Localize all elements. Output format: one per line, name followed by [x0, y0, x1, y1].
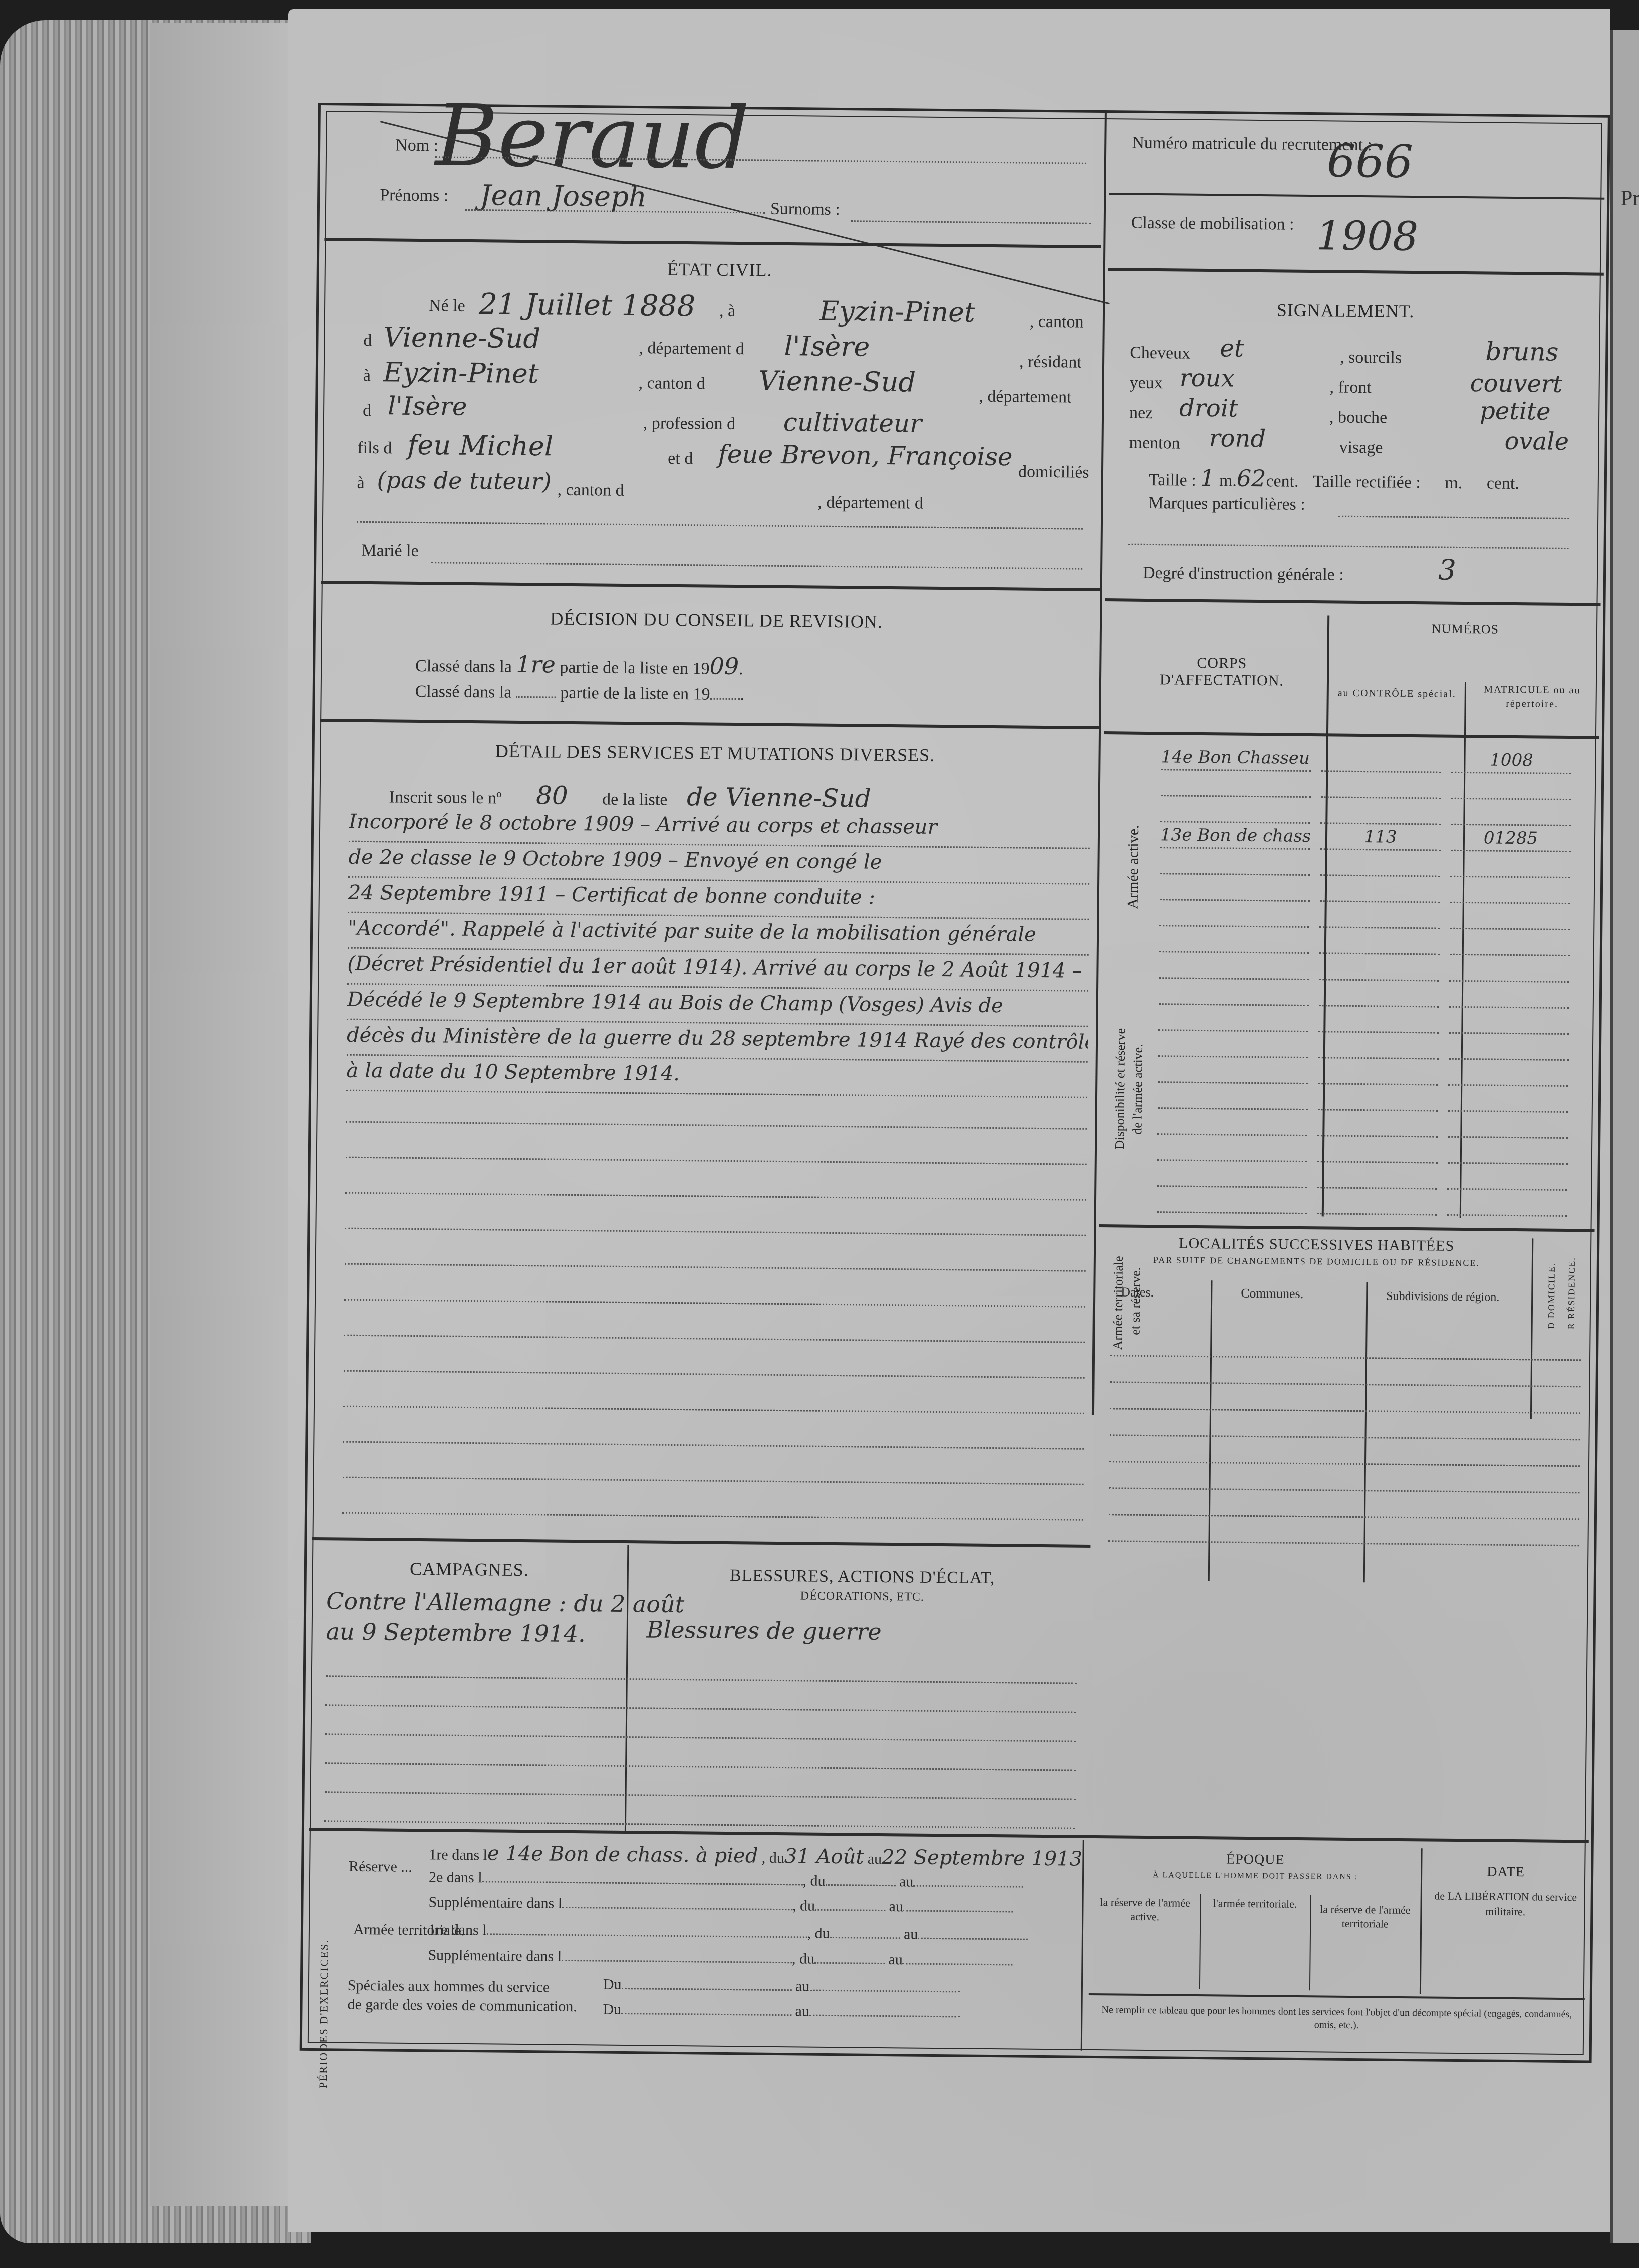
- speciales-du-1: Du au: [603, 1976, 960, 1997]
- numero-controle: [1317, 1165, 1437, 1189]
- du-label: , du: [762, 1850, 784, 1866]
- du-label: , du: [807, 1925, 830, 1942]
- departement-label: , département d: [639, 339, 744, 359]
- corps-row: [1157, 1109, 1595, 1139]
- menton-value: rond: [1209, 424, 1266, 453]
- divider: [1099, 1224, 1595, 1232]
- du-label: , du: [802, 1872, 825, 1889]
- taille-rectifiee-label: Taille rectifiée :: [1313, 472, 1421, 492]
- numero-controle: [1317, 1191, 1437, 1215]
- corps-name: [1157, 1163, 1307, 1188]
- col-subdivisions: Subdivisions de région.: [1386, 1290, 1499, 1305]
- divider: [1105, 598, 1601, 606]
- nez-label: nez: [1129, 404, 1153, 423]
- departement2-value: l'Isère: [388, 391, 467, 421]
- epoque-col-reserve-territoriale: la réserve de l'armée territoriale: [1312, 1902, 1418, 1931]
- localites-rows: [1103, 1330, 1586, 1546]
- visage-label: visage: [1339, 438, 1383, 458]
- residant-label: , résidant: [1019, 352, 1082, 372]
- taille-m-value: 1: [1200, 464, 1215, 491]
- territoriale-periode-label: Armée territoriale.: [353, 1921, 413, 1939]
- residence-prefix: à: [363, 366, 371, 385]
- classe-ligne-2: Classé dans la partie de la liste en 19.: [415, 682, 745, 704]
- numero-controle: 113: [1320, 826, 1441, 851]
- r1-unite: e 14e Bon de chass. à pied: [487, 1842, 758, 1867]
- corps-row: [1159, 926, 1597, 956]
- corps-row: 13e Bon de chasseurs à pied R11301285: [1160, 822, 1598, 852]
- column-divider: [1092, 113, 1107, 1415]
- matricule-label: Numéro matricule du recrutement :: [1132, 133, 1282, 155]
- periode-r2: 2e dans l, du au: [429, 1869, 1024, 1891]
- date-naissance: 21 Juillet 1888: [479, 287, 696, 323]
- front-label: , front: [1329, 378, 1371, 397]
- pere-value: feu Michel: [407, 429, 553, 462]
- corps-row: 14e Bon Chasseurs à pied1008: [1161, 744, 1599, 774]
- nez-value: droit: [1179, 394, 1238, 423]
- marques-line: [1338, 516, 1569, 519]
- numero-matricule: [1450, 854, 1570, 878]
- au-label: au: [888, 1951, 903, 1968]
- prenoms-label: Prénoms :: [380, 186, 448, 205]
- classe-label: Classé dans la: [415, 682, 512, 702]
- marie-line: [431, 562, 1082, 569]
- cheveux-label: Cheveux: [1130, 344, 1190, 363]
- localites-subtitle: PAR SUITE DE CHANGEMENTS DE DOMICILE OU …: [1106, 1254, 1527, 1269]
- liste-value: de Vienne-Sud: [687, 782, 871, 813]
- territoriale-label-2: et sa réserve.: [1128, 1267, 1143, 1335]
- corps-row: [1160, 848, 1598, 878]
- visage-value: ovale: [1504, 427, 1569, 456]
- divider: [1089, 1993, 1585, 2000]
- disponibilite-label-2: de l'armée active.: [1130, 1044, 1146, 1135]
- numero-matricule: [1451, 776, 1571, 800]
- numero-controle: [1320, 878, 1440, 903]
- localite-row: [1108, 1515, 1579, 1546]
- periodes-side-label: PÉRIODES D'EXERCICES.: [317, 1939, 331, 2088]
- localite-row: [1110, 1356, 1581, 1387]
- corps-row: [1160, 874, 1598, 904]
- conseil-revision-title: DÉCISION DU CONSEIL DE REVISION.: [466, 607, 967, 633]
- bouche-value: petite: [1480, 397, 1551, 425]
- canton-label: , canton: [1030, 312, 1084, 332]
- divider: [309, 1828, 1589, 1843]
- r2-label: 2e dans l: [429, 1869, 482, 1886]
- corps-name: [1161, 773, 1311, 798]
- du-label: Du: [603, 2001, 621, 2018]
- corps-row: [1157, 1187, 1595, 1217]
- taille-cm-unit: cent.: [1266, 472, 1298, 491]
- armee-active-label: Armée active.: [1125, 825, 1143, 909]
- numero-controle: [1318, 1035, 1439, 1059]
- corps-name: [1157, 1137, 1307, 1162]
- epoque-title: ÉPOQUE: [1090, 1850, 1421, 1869]
- domicile-prefix: à: [357, 474, 365, 493]
- corps-name: [1159, 903, 1309, 928]
- numero-matricule: [1448, 1114, 1568, 1139]
- localite-row: [1109, 1436, 1580, 1467]
- numero-controle: [1318, 1061, 1438, 1085]
- r1-au: 22 Septembre 1913: [882, 1846, 1082, 1871]
- profession-label: , profession d: [643, 414, 736, 434]
- corps-name: [1160, 799, 1310, 824]
- corps-row: [1158, 1057, 1596, 1087]
- numero-matricule: [1449, 1036, 1569, 1061]
- corps-name: [1159, 955, 1309, 980]
- date-liberation-title: DATE: [1426, 1863, 1586, 1881]
- speciales-label-1: Spéciales aux hommes du service: [348, 1976, 578, 1997]
- du-label: Du: [603, 1976, 622, 1993]
- corps-name: [1158, 1059, 1308, 1084]
- t1-label: 1re dans l: [428, 1921, 487, 1938]
- ne-le-label: Né le: [429, 296, 465, 316]
- col-dates: Dates.: [1121, 1284, 1154, 1300]
- au-label: au: [868, 1851, 882, 1867]
- localite-row: [1110, 1330, 1581, 1361]
- marques-label: Marques particulières :: [1148, 494, 1305, 514]
- col-divider: [1081, 1840, 1084, 2051]
- yeux-label: yeux: [1130, 374, 1163, 393]
- numero-controle: [1318, 1087, 1438, 1111]
- services-text: Incorporé le 8 octobre 1909 – Arrivé au …: [346, 807, 1090, 1098]
- taille-rect-cm-unit: cent.: [1487, 474, 1519, 493]
- divider: [1104, 731, 1599, 739]
- numero-matricule: [1449, 958, 1569, 983]
- surnoms-label: Surnoms :: [770, 200, 840, 219]
- numero-controle: [1318, 1009, 1439, 1033]
- numero-controle: [1320, 852, 1440, 877]
- adjacent-page-text: Pré: [1620, 185, 1639, 211]
- surnoms-line: [851, 220, 1091, 224]
- au-label: au: [899, 1873, 914, 1890]
- date-liberation-sub: de LA LIBÉRATION du service militaire.: [1430, 1888, 1581, 1920]
- taille-m-unit: m.: [1219, 471, 1237, 490]
- classe-value: 1908: [1316, 212, 1418, 260]
- numero-matricule: [1450, 906, 1570, 930]
- col-controle: au CONTRÔLE spécial.: [1332, 686, 1462, 701]
- instruction-value: 3: [1438, 554, 1456, 587]
- classe-ligne-1: Classé dans la 1re partie de la liste en…: [415, 650, 743, 680]
- numero-controle: [1319, 983, 1439, 1007]
- prenoms-value: Jean Joseph: [480, 179, 647, 213]
- taille-cm-value: 62: [1237, 465, 1266, 492]
- sourcils-label: , sourcils: [1340, 348, 1402, 368]
- divider: [1109, 193, 1604, 200]
- inscrit-label: Inscrit sous le nº: [389, 788, 502, 807]
- au-label: au: [795, 2003, 809, 2019]
- numero-matricule: [1450, 880, 1570, 904]
- numero-matricule: [1448, 1140, 1568, 1165]
- cheveux-value: et: [1220, 334, 1244, 362]
- annee-value: 09: [709, 653, 739, 680]
- departement3-label: , département d: [817, 493, 923, 513]
- col-divider: [1420, 1848, 1423, 1994]
- numero-controle: [1319, 930, 1440, 955]
- speciales-du-2: Du au: [603, 2001, 960, 2022]
- speciales-label: Spéciales aux hommes du servicede garde …: [347, 1976, 577, 2016]
- menton-label: menton: [1129, 434, 1180, 453]
- r1-label: 1re dans l: [429, 1846, 487, 1863]
- corps-name: [1160, 877, 1310, 902]
- blessures-subtitle: DÉCORATIONS, ETC.: [647, 1588, 1077, 1605]
- numero-matricule: [1447, 1192, 1567, 1217]
- col-matricule: MATRICULE ou au répertoire.: [1467, 682, 1597, 711]
- corps-name: [1157, 1111, 1307, 1136]
- taille-rect-m-unit: m.: [1445, 474, 1462, 492]
- epoque-col-territoriale: l'armée territoriale.: [1202, 1896, 1307, 1911]
- localite-row: [1110, 1409, 1580, 1440]
- domicilies-label: domiciliés: [1018, 462, 1089, 482]
- localites-title: LOCALITÉS SUCCESSIVES HABITÉES: [1111, 1234, 1522, 1255]
- fils-label: fils d: [357, 439, 392, 458]
- nom-value: Beraud: [435, 86, 749, 188]
- corps-affectation-title: CORPS D'AFFECTATION.: [1142, 654, 1302, 690]
- corps-name: [1157, 1189, 1307, 1214]
- marques-line-2: [1128, 544, 1569, 549]
- departement2-prefix: d: [363, 401, 371, 420]
- classe-label: Classe de mobilisation :: [1131, 213, 1281, 235]
- reserve-label: Réserve ...: [349, 1858, 412, 1876]
- numero-matricule: 01285: [1451, 828, 1571, 852]
- numero-matricule: [1449, 984, 1569, 1009]
- au-label: au: [904, 1926, 918, 1942]
- register-form: Nom : Beraud Prénoms : Jean Joseph Surno…: [300, 103, 1610, 2063]
- corps-name: [1159, 981, 1309, 1006]
- col-communes: Communes.: [1241, 1286, 1303, 1302]
- taille-row: Taille : 1 m.62cent. Taille rectifiée : …: [1149, 464, 1520, 494]
- corps-name: [1159, 929, 1309, 954]
- numero-controle: [1321, 748, 1441, 773]
- blank-line: [357, 521, 1083, 530]
- corps-name: 13e Bon de chasseurs à pied R: [1160, 825, 1310, 850]
- corps-row: [1158, 1031, 1596, 1061]
- periode-ts: Supplémentaire dans l, du au: [428, 1947, 1013, 1969]
- localite-row: [1109, 1462, 1579, 1493]
- canton2-label: , canton d: [638, 374, 705, 393]
- epoque-note: Ne remplir ce tableau que pour les homme…: [1094, 2003, 1579, 2034]
- numero-matricule: [1449, 1010, 1569, 1035]
- periode-t1: 1re dans l, du au: [428, 1921, 1028, 1944]
- numero-matricule: [1451, 802, 1571, 826]
- liste-label: de la liste: [602, 790, 668, 809]
- du-label: , du: [792, 1950, 814, 1967]
- numero-matricule: 1008: [1451, 750, 1571, 774]
- canton-value: Vienne-Sud: [383, 321, 540, 354]
- corps-row: [1159, 952, 1597, 983]
- etat-civil-title: ÉTAT CIVIL.: [570, 258, 870, 282]
- partie-label: partie de la liste en 19: [560, 658, 710, 678]
- corps-row: [1158, 1083, 1596, 1113]
- blessures-title: BLESSURES, ACTIONS D'ÉCLAT,: [647, 1565, 1078, 1588]
- numero-controle: [1317, 1113, 1438, 1137]
- corps-name: [1160, 851, 1310, 876]
- marie-label: Marié le: [361, 541, 419, 561]
- numero-matricule: [1447, 1166, 1567, 1191]
- au-label: au: [795, 1978, 810, 1994]
- canton2-value: Vienne-Sud: [758, 365, 916, 398]
- blank-line: [342, 1478, 1084, 1521]
- partie-label: partie de la liste en 19: [560, 684, 710, 704]
- corps-name: [1158, 1085, 1308, 1110]
- services-blank-lines: [342, 1087, 1087, 1521]
- departement-value: l'Isère: [784, 330, 870, 363]
- numero-matricule: [1450, 932, 1570, 956]
- periode-r1: 1re dans le 14e Bon de chass. à pied , d…: [429, 1841, 1082, 1871]
- classe-label: Classé dans la: [415, 657, 512, 676]
- disponibilite-label: Disponibilité et réserve: [1112, 1028, 1128, 1150]
- corps-row: [1159, 900, 1597, 930]
- numeros-title: NUMÉROS: [1332, 620, 1598, 638]
- bouche-label: , bouche: [1329, 408, 1388, 427]
- periode-rs: Supplémentaire dans l, du au: [428, 1894, 1013, 1916]
- rs-label: Supplémentaire dans l: [428, 1894, 562, 1912]
- divider: [320, 719, 1099, 729]
- numero-controle: [1320, 800, 1441, 825]
- corps-row: [1158, 1005, 1596, 1035]
- numero-controle: [1319, 956, 1439, 981]
- a-label: , à: [719, 302, 735, 321]
- residence-value: Eyzin-Pinet: [383, 356, 539, 389]
- services-title: DÉTAIL DES SERVICES ET MUTATIONS DIVERSE…: [439, 740, 990, 766]
- col-divider: [1309, 1895, 1311, 1990]
- canton3-label: , canton d: [557, 481, 624, 500]
- profession-value: cultivateur: [783, 408, 922, 438]
- r1-du: 31 Août: [784, 1845, 864, 1869]
- numero-controle: [1321, 774, 1441, 799]
- du-label: , du: [792, 1897, 815, 1914]
- numero-matricule: [1448, 1062, 1568, 1087]
- sourcils-value: bruns: [1485, 337, 1559, 366]
- departement2-label: , département: [979, 387, 1071, 407]
- canton-prefix: d: [363, 331, 372, 350]
- numero-controle: [1319, 904, 1440, 929]
- au-label: au: [889, 1898, 903, 1915]
- corps-row: [1159, 979, 1597, 1009]
- corps-row: [1160, 796, 1598, 826]
- page-stack: [150, 23, 301, 2206]
- divider: [312, 1537, 1090, 1548]
- speciales-label-2: de garde des voies de communication.: [347, 1995, 577, 2016]
- numero-controle: [1317, 1139, 1438, 1163]
- localite-row: [1110, 1383, 1580, 1414]
- numero-matricule: [1448, 1088, 1568, 1113]
- taille-label: Taille :: [1149, 471, 1196, 490]
- signalement-title: SIGNALEMENT.: [1220, 299, 1471, 322]
- campagnes-text: Contre l'Allemagne : du 2 août: [326, 1587, 684, 1618]
- epoque-col-reserve-active: la réserve de l'armée active.: [1092, 1895, 1198, 1924]
- mere-value: feue Brevon, Françoise: [718, 440, 1013, 472]
- divider: [324, 238, 1101, 248]
- corps-row: [1157, 1161, 1595, 1191]
- lieu-naissance: Eyzin-Pinet: [819, 295, 975, 329]
- ts-label: Supplémentaire dans l: [428, 1947, 562, 1965]
- yeux-value: roux: [1180, 364, 1235, 393]
- blessures-text: Blessures de guerre: [647, 1615, 882, 1645]
- domicile-value: (pas de tuteur): [377, 466, 552, 495]
- campagnes-title: CAMPAGNES.: [357, 1558, 582, 1581]
- col-residence: R RÉSIDENCE.: [1566, 1257, 1577, 1329]
- corps-rows: 14e Bon Chasseurs à pied100813e Bon de c…: [1157, 744, 1599, 1217]
- divider: [321, 581, 1100, 591]
- nom-label: Nom :: [395, 136, 438, 155]
- localite-row: [1109, 1489, 1579, 1520]
- adjacent-page: Pré: [1610, 30, 1639, 2243]
- mere-label: et d: [668, 449, 693, 468]
- inscrit-numero: 80: [536, 781, 568, 810]
- col-divider: [1199, 1894, 1201, 1989]
- corps-name: [1158, 1033, 1308, 1058]
- corps-name: 14e Bon Chasseurs à pied: [1161, 747, 1311, 772]
- corps-name: [1158, 1007, 1308, 1032]
- front-value: couvert: [1470, 369, 1562, 398]
- divider: [1108, 268, 1604, 276]
- matricule-value: 666: [1326, 135, 1413, 188]
- col-domicile: D DOMICILE.: [1546, 1263, 1557, 1329]
- campagnes-text-2: au 9 Septembre 1914.: [326, 1617, 586, 1647]
- epoque-subtitle: À LAQUELLE L'HOMME DOIT PASSER DANS :: [1090, 1870, 1421, 1882]
- corps-row: [1157, 1135, 1595, 1165]
- partie-value: 1re: [516, 651, 556, 678]
- instruction-label: Degré d'instruction générale :: [1143, 564, 1344, 585]
- campagnes-blank-lines: [324, 1648, 1077, 1829]
- corps-row: [1161, 770, 1599, 800]
